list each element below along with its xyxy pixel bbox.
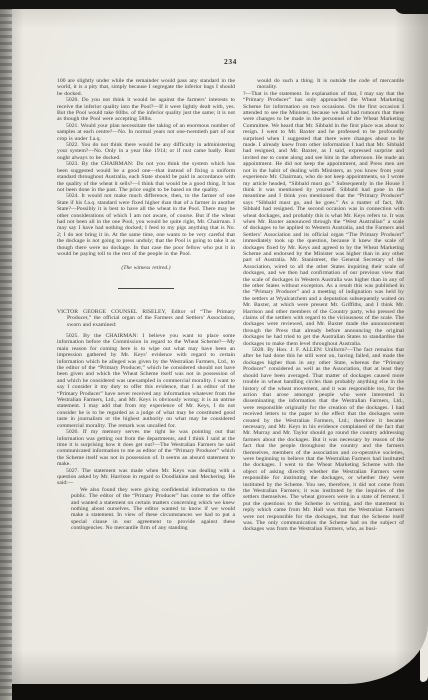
section-divider xyxy=(118,288,174,289)
answer-5027: ?—That is the statement. In explanation … xyxy=(243,91,404,347)
two-column-text: 100 are slightly under while the remaind… xyxy=(57,78,404,533)
question-5027: 5027. The statement was made when Mr. Ke… xyxy=(57,468,235,487)
question-5028: 5028. By Hon. J. F. ALLEN: Uniform?—The … xyxy=(243,347,404,533)
question-5022: 5022. You do not think there would be an… xyxy=(57,142,235,161)
block-quote-keys-statement: We also found they were giving confident… xyxy=(71,487,235,532)
scan-top-edge xyxy=(0,0,428,9)
question-5024: 5024. It would not make much difference,… xyxy=(57,193,235,257)
question-5021: 5021. Would your plan necessitate the ta… xyxy=(57,123,235,142)
witness-heading: VICTOR GEORGE COUNSEL RISELEY, Editor of… xyxy=(57,309,235,328)
book-gutter-edge xyxy=(0,0,12,700)
scanned-book-photo: 234 100 are slightly under while the rem… xyxy=(0,0,428,700)
block-quote-continuation: would do such a thing. It is outside the… xyxy=(257,78,404,91)
question-5025: 5025. By the CHAIRMAN: I believe you wan… xyxy=(57,333,235,429)
right-column: would do such a thing. It is outside the… xyxy=(243,78,404,533)
question-5020: 5020. Do you not think it would be again… xyxy=(57,97,235,123)
paragraph-continuation: 100 are slightly under while the remaind… xyxy=(57,78,235,97)
page-number: 234 xyxy=(57,57,404,66)
page-content: 234 100 are slightly under while the rem… xyxy=(11,57,428,533)
question-5026: 5026. If my memory serves me right he wa… xyxy=(57,429,235,467)
document-page: 234 100 are slightly under while the rem… xyxy=(11,8,428,684)
left-column: 100 are slightly under while the remaind… xyxy=(57,78,235,533)
question-5023: 5023. By the CHAIRMAN: Do not you think … xyxy=(57,161,235,193)
witness-retired-note: (The witness retired.) xyxy=(57,265,235,271)
